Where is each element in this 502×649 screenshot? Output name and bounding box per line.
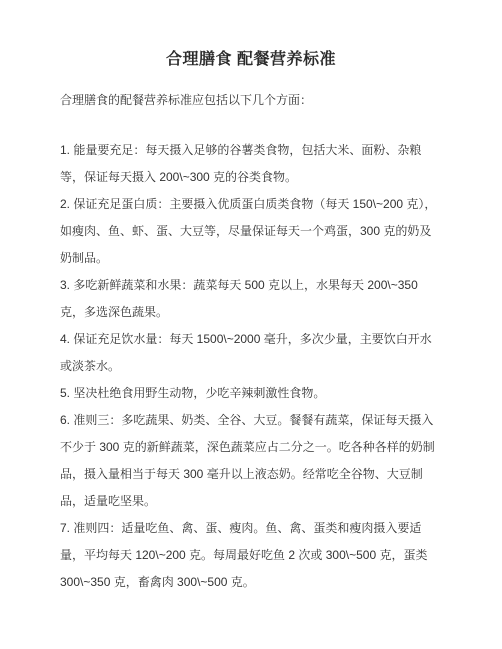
list-item-3: 3. 多吃新鲜蔬菜和水果：蔬菜每天 500 克以上，水果每天 200\~350 …: [60, 272, 442, 326]
list-item-2: 2. 保证充足蛋白质：主要摄入优质蛋白质类食物（每天 150\~200 克），如…: [60, 191, 442, 272]
document-page: 合理膳食 配餐营养标准 合理膳食的配餐营养标准应包括以下几个方面： 1. 能量要…: [0, 0, 502, 649]
intro-paragraph: 合理膳食的配餐营养标准应包括以下几个方面：: [60, 87, 442, 114]
list-item-6: 6. 准则三：多吃蔬果、奶类、全谷、大豆。餐餐有蔬菜，保证每天摄入不少于 300…: [60, 407, 442, 515]
document-title: 合理膳食 配餐营养标准: [60, 49, 442, 71]
list-item-1: 1. 能量要充足：每天摄入足够的谷薯类食物，包括大米、面粉、杂粮等，保证每天摄入…: [60, 137, 442, 191]
list-item-5: 5. 坚决杜绝食用野生动物，少吃辛辣刺激性食物。: [60, 380, 442, 407]
document-body: 合理膳食的配餐营养标准应包括以下几个方面： 1. 能量要充足：每天摄入足够的谷薯…: [60, 87, 442, 596]
list-item-7: 7. 准则四：适量吃鱼、禽、蛋、瘦肉。鱼、禽、蛋类和瘦肉摄入要适量，平均每天 1…: [60, 515, 442, 596]
list-item-4: 4. 保证充足饮水量：每天 1500\~2000 毫升，多次少量，主要饮白开水或…: [60, 326, 442, 380]
